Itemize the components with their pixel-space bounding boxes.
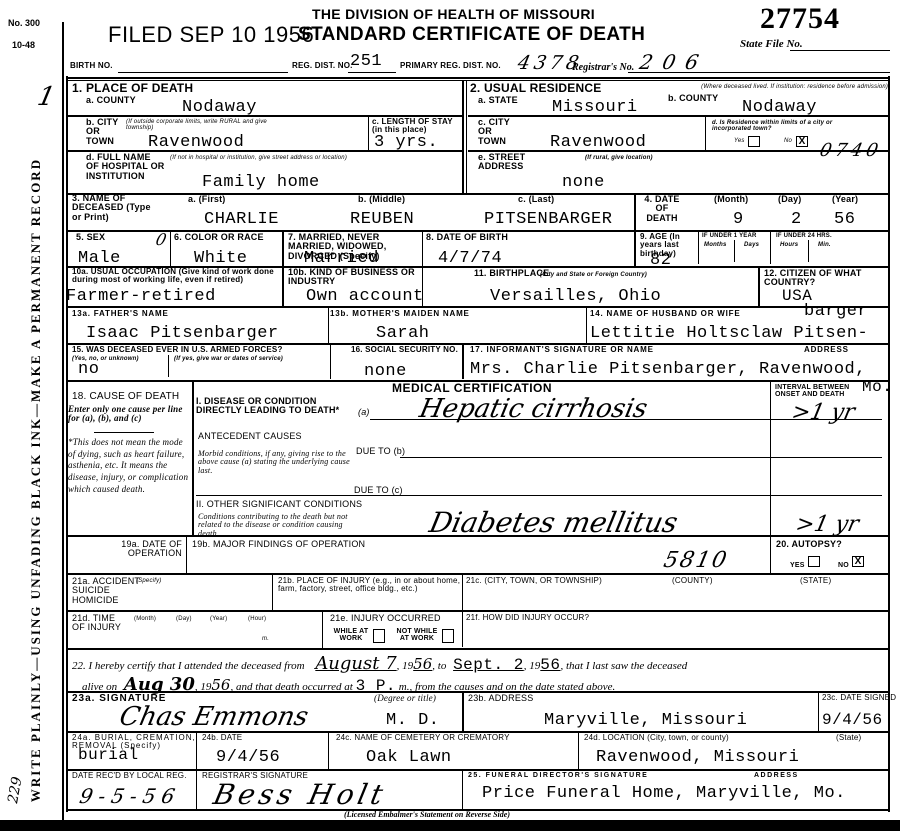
- autopsy-yes-label: YES: [790, 562, 805, 569]
- middle-name-value: REUBEN: [350, 210, 414, 229]
- spouse-value-line2: Lettitie Holtsclaw Pitsen-: [590, 324, 868, 343]
- ssn-value: none: [364, 362, 407, 381]
- injury-county-label: (COUNTY): [672, 577, 713, 585]
- side-instruction-text: WRITE PLAINLY—USING UNFADING BLACK INK—M…: [28, 140, 44, 820]
- operation-findings-label: 19b. MAJOR FINDINGS OF OPERATION: [192, 540, 365, 549]
- burial-location-state-label: (State): [836, 734, 861, 742]
- dod-year-label: (Year): [832, 195, 858, 204]
- sex-code-mark: 0: [154, 230, 168, 249]
- hours-label: Hours: [780, 242, 798, 248]
- birth-no-label: BIRTH NO.: [70, 62, 113, 70]
- injury-hour-label: (Hour): [248, 616, 266, 622]
- other-conditions-label: II. OTHER SIGNIFICANT CONDITIONS: [196, 500, 362, 509]
- dod-year-value: 56: [834, 210, 855, 229]
- res-limits-no-label: No: [784, 138, 792, 144]
- res-street-note: (If rural, give location): [585, 155, 653, 161]
- footer-note: (Licensed Embalmer's Statement on Revers…: [344, 810, 510, 819]
- injury-city-label: 21c. (CITY, TOWN, OR TOWNSHIP): [466, 577, 602, 585]
- business-label: 10b. KIND OF BUSINESS OR INDUSTRY: [288, 268, 418, 287]
- burial-location-label: 24d. LOCATION (City, town, or county): [584, 734, 729, 742]
- burial-location-value: Ravenwood, Missouri: [596, 748, 799, 767]
- autopsy-no-checkbox[interactable]: X: [852, 556, 864, 567]
- injury-day-label: (Day): [176, 616, 192, 622]
- armed-forces-value: no: [78, 360, 99, 379]
- cert-address-value: Maryville, Missouri: [544, 711, 747, 730]
- father-label: 13a. FATHER'S NAME: [72, 310, 169, 318]
- armed-forces-note-2: (If yes, give war or dates of service): [174, 356, 283, 362]
- state-file-number: 27754: [760, 2, 840, 36]
- cemetery-label: 24c. NAME OF CEMETERY OR CREMATORY: [336, 734, 510, 742]
- last-name-value: PITSENBARGER: [484, 210, 612, 229]
- last-name-label: c. (Last): [518, 195, 554, 204]
- sex-label: 5. SEX: [76, 233, 105, 242]
- degree-label: (Degree or title): [374, 694, 436, 703]
- injury-state-label: (STATE): [800, 577, 831, 585]
- res-street-label: e. STREET ADDRESS: [478, 153, 538, 172]
- res-state-label: a. STATE: [478, 96, 518, 105]
- injury-month-label: (Month): [134, 616, 156, 622]
- due-to-b-label: DUE TO (b): [356, 447, 405, 456]
- ssn-label: 16. SOCIAL SECURITY NO.: [334, 346, 458, 354]
- spouse-value-line1: barger: [804, 302, 868, 321]
- first-name-label: a. (First): [188, 195, 226, 204]
- certificate-title: STANDARD CERTIFICATE OF DEATH: [298, 24, 645, 46]
- division-title: THE DIVISION OF HEALTH OF MISSOURI: [312, 6, 595, 22]
- mother-label: 13b. MOTHER'S MAIDEN NAME: [330, 310, 470, 318]
- registrar-signature: Bess Holt: [210, 778, 389, 811]
- injury-year-label: (Year): [210, 616, 227, 622]
- place-of-death-label: 1. PLACE OF DEATH: [72, 82, 193, 95]
- primary-reg-dist-label: PRIMARY REG. DIST. NO.: [400, 62, 501, 70]
- days-label: Days: [744, 242, 759, 248]
- autopsy-yes-checkbox[interactable]: [808, 556, 820, 567]
- death-county-label: a. COUNTY: [86, 96, 136, 105]
- autopsy-no-label: NO: [838, 562, 849, 569]
- burial-date-label: 24b. DATE: [202, 734, 242, 742]
- disease-condition-label: I. DISEASE OR CONDITION DIRECTLY LEADING…: [196, 397, 356, 416]
- cert-address-label: 23b. ADDRESS: [468, 694, 533, 703]
- date-signed-value: 9/4/56: [822, 711, 883, 729]
- physician-signature: Chas Emmons: [117, 702, 311, 732]
- classification-code: 5810: [661, 548, 730, 573]
- injury-m-label: m.: [262, 636, 269, 642]
- antecedent-causes-label: ANTECEDENT CAUSES: [198, 432, 302, 441]
- middle-name-label: b. (Middle): [358, 195, 405, 204]
- how-injury-label: 21f. HOW DID INJURY OCCUR?: [466, 614, 589, 622]
- operation-date-label: 19a. DATE OF OPERATION: [72, 540, 182, 559]
- cemetery-value: Oak Lawn: [366, 748, 452, 767]
- interval-a-value: >1 yr: [789, 400, 857, 425]
- funeral-director-value: Price Funeral Home, Maryville, Mo.: [482, 784, 846, 803]
- funeral-address-label: ADDRESS: [754, 772, 799, 779]
- not-while-at-work-checkbox[interactable]: [442, 629, 454, 643]
- injury-occurred-label: 21e. INJURY OCCURRED: [330, 614, 441, 623]
- dob-label: 8. DATE OF BIRTH: [426, 233, 508, 242]
- date-signed-label: 23c. DATE SIGNED: [822, 694, 896, 702]
- dod-day-label: (Day): [778, 195, 802, 204]
- date-received-value: 9-5-56: [77, 784, 183, 808]
- dod-month-value: 9: [733, 210, 744, 229]
- res-code-mark: 0740: [818, 140, 884, 161]
- hospital-value: Family home: [202, 173, 320, 192]
- usual-residence-note: (Where deceased lived. If institution: r…: [580, 84, 890, 90]
- attended-from-date: August 7: [315, 653, 396, 674]
- spouse-label: 14. NAME OF HUSBAND OR WIFE: [590, 310, 741, 318]
- form-revision: 10-48: [12, 40, 35, 50]
- scan-edge-bar: [0, 820, 900, 831]
- months-label: Months: [704, 242, 727, 248]
- burial-date-value: 9/4/56: [216, 748, 280, 767]
- informant-address-label: ADDRESS: [804, 346, 849, 354]
- injury-place-label: 21b. PLACE OF INJURY (e.g., in or about …: [278, 577, 468, 594]
- accident-label: 21a. ACCIDENT SUICIDE HOMICIDE: [72, 577, 142, 605]
- margin-mark-bottom: 229: [5, 775, 25, 804]
- informant-value: Mrs. Charlie Pitsenbarger, Ravenwood,: [470, 360, 866, 379]
- death-city-note: (If outside corporate limits, write RURA…: [126, 119, 286, 132]
- attended-from-year: 56: [413, 655, 432, 673]
- antecedent-note: Morbid conditions, if any, giving rise t…: [198, 450, 358, 475]
- hospital-label: d. FULL NAME OF HOSPITAL OR INSTITUTION: [86, 153, 166, 181]
- business-value: Own account: [306, 287, 424, 306]
- cause-of-death-label: 18. CAUSE OF DEATH: [72, 392, 179, 403]
- death-city-label: b. CITY OR TOWN: [86, 118, 126, 146]
- injury-time-label: 21d. TIME OF INJURY: [72, 614, 122, 633]
- accident-specify-label: (Specify): [136, 578, 161, 584]
- res-street-value: none: [562, 173, 605, 192]
- interval-label: INTERVAL BETWEEN ONSET AND DEATH: [775, 384, 871, 399]
- race-label: 6. COLOR OR RACE: [174, 233, 264, 242]
- birthplace-note: (City and State or Foreign Country): [540, 272, 647, 278]
- father-value: Isaac Pitsenbarger: [86, 324, 279, 343]
- autopsy-label: 20. AUTOPSY?: [776, 540, 842, 549]
- degree-value: M. D.: [386, 711, 440, 730]
- occupation-value: Farmer-retired: [66, 287, 216, 306]
- while-at-work-label: WHILE AT WORK: [330, 628, 372, 643]
- hospital-note: (If not in hospital or institution, give…: [170, 155, 347, 161]
- name-label: 3. NAME OF DECEASED (Type or Print): [72, 194, 162, 222]
- form-number: No. 300: [8, 18, 40, 28]
- line-a-label: (a): [358, 408, 370, 417]
- armed-forces-label: 15. WAS DECEASED EVER IN U.S. ARMED FORC…: [72, 346, 283, 354]
- under-24-hrs-label: IF UNDER 24 HRS.: [776, 233, 832, 239]
- reg-dist-label: REG. DIST. NO.: [292, 62, 353, 70]
- res-limits-yes-label: Yes: [734, 138, 745, 144]
- dod-day-value: 2: [791, 210, 802, 229]
- res-limits-label: d. Is Residence within limits of a city …: [712, 120, 840, 133]
- attended-to-date: Sept. 2: [453, 656, 524, 674]
- res-limits-no-checkbox[interactable]: X: [796, 136, 808, 147]
- registrar-no-value: 206: [637, 50, 710, 74]
- dod-month-label: (Month): [714, 195, 748, 204]
- res-county-label: b. COUNTY: [668, 94, 718, 103]
- state-file-label: State File No.: [740, 38, 803, 50]
- res-city-label: c. CITY OR TOWN: [478, 118, 518, 146]
- reg-dist-value: 251: [350, 52, 382, 71]
- margin-mark-top: 1: [35, 82, 58, 112]
- birthplace-label: 11. BIRTHPLACE: [474, 269, 549, 278]
- date-received-label: DATE REC'D BY LOCAL REG.: [72, 772, 192, 780]
- cause-instructions: Enter only one cause per line for (a), (…: [68, 405, 188, 424]
- under-1-year-label: IF UNDER 1 YEAR: [702, 233, 757, 239]
- attended-to-year: 56: [540, 656, 560, 674]
- citizen-label: 12. CITIZEN OF WHAT COUNTRY?: [764, 269, 888, 288]
- birthplace-value: Versailles, Ohio: [490, 287, 661, 306]
- filed-stamp: FILED SEP 10 1956: [108, 22, 314, 48]
- occupation-label: 10a. USUAL OCCUPATION (Give kind of work…: [72, 268, 278, 285]
- cause-footnote: *This does not mean the mode of dying, s…: [68, 437, 190, 495]
- min-label: Min.: [818, 242, 831, 248]
- interval-other-value: >1 yr: [793, 512, 861, 537]
- while-at-work-checkbox[interactable]: [373, 629, 385, 643]
- date-of-death-label: 4. DATE OF DEATH: [640, 195, 684, 223]
- certify-line-1: 22. I hereby certify that I attended the…: [72, 653, 687, 674]
- medical-certification-label: MEDICAL CERTIFICATION: [392, 382, 552, 395]
- burial-value: burial: [78, 746, 139, 764]
- res-limits-yes-checkbox[interactable]: [748, 136, 760, 147]
- mother-value: Sarah: [376, 324, 430, 343]
- funeral-director-label: 25. FUNERAL DIRECTOR'S SIGNATURE: [468, 772, 648, 779]
- first-name-value: CHARLIE: [204, 210, 279, 229]
- registrar-no-label: Registrar's No.: [572, 62, 634, 73]
- not-while-at-work-label: NOT WHILE AT WORK: [392, 628, 442, 643]
- informant-label: 17. INFORMANT'S SIGNATURE OR NAME: [470, 346, 654, 354]
